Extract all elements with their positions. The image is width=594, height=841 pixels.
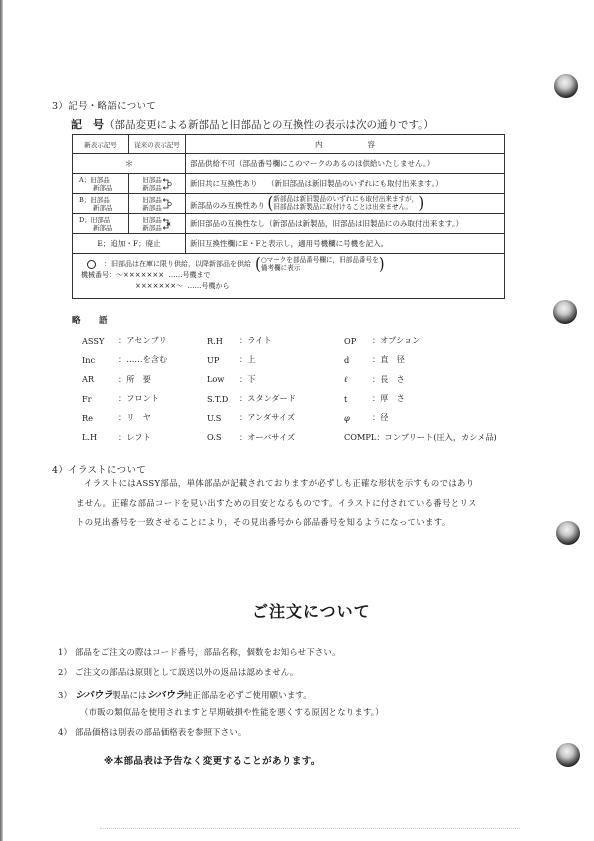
item-text: 純正部品を必ずご使用願います。 [184, 690, 312, 700]
scan-noise [100, 828, 520, 829]
old-label: 旧部品 [142, 176, 162, 184]
new-label: 新部品 [142, 224, 162, 232]
abbr-item: Low：下 [207, 370, 296, 389]
order-item-4: 4） 部品価格は別表の部品価格表を参照下さい。 [58, 726, 246, 738]
row-content: 新旧互換性欄にE・Fと表示し，適用号機欄に号機を記入。 [186, 234, 505, 254]
illustration-paragraph: イラストにはASSY部品，単体部品が記載されておりますが必ずしも正確な形状を示す… [76, 474, 477, 533]
abbr-value: ：コンプリート(圧入，カシメ品) [376, 432, 496, 443]
table-row: A；旧部品新部品 旧部品新部品 新旧共に互換性あり （新旧部品は新旧製品のいずれ… [73, 174, 505, 194]
machine-number-from: ×××××××～ ……号機から [81, 281, 496, 292]
symbol-e-f: E；追加・F；廃止 [73, 234, 186, 254]
old-label: 旧部品 [142, 196, 162, 204]
paragraph-line: イラストにはASSY部品，単体部品が記載されておりますが必ずしも正確な形状を示す… [76, 474, 477, 494]
abbr-value: ：アセンブリ [118, 335, 167, 346]
abbr-value: ：上 [239, 354, 255, 365]
abbr-value: ：所 要 [118, 374, 151, 385]
abbreviations-title: 略 語 [72, 314, 113, 326]
table-row: B；旧部品新部品 旧部品新部品 新部品のみ互換性あり (新部品は新旧製品のいずれ… [73, 194, 505, 214]
old-label: 旧部品 [142, 216, 162, 224]
abbr-item: S.T.D：スタンダード [207, 389, 296, 408]
item-number: 2） [58, 667, 72, 677]
abbr-item: ℓ：長 さ [344, 370, 497, 389]
table-row: E；追加・F；廃止 新旧互換性欄にE・Fと表示し，適用号機欄に号機を記入。 [73, 234, 505, 254]
abbr-value: ：レフト [118, 432, 151, 443]
symbol-d-old: D；旧部品 [79, 216, 110, 224]
abbr-key: OP [344, 336, 372, 346]
machine-from-code: ×××××××～ [135, 282, 183, 290]
machine-until-text: ……号機まで [169, 271, 211, 279]
abbr-item: COMPL：コンプリート(圧入，カシメ品) [344, 427, 497, 446]
symbol-a-old: A；旧部品 [79, 176, 110, 184]
no-compat-cross-icon [163, 217, 172, 231]
new-label: 新部品 [142, 204, 162, 212]
row-note: (新部品は新旧製品のいずれにも取付出来ますが，旧部品は新製品に取付けることは出来… [267, 196, 424, 211]
abbr-key: φ [344, 413, 372, 423]
one-way-arrow-icon [163, 197, 172, 211]
abbr-value: ：厚 さ [372, 393, 405, 404]
abbr-value: ：ライト [239, 335, 272, 346]
note-line: 旧部品は新製品に取付けることは出来ません。 [273, 204, 418, 212]
abbr-key: Fr [82, 394, 118, 404]
row-content: 新部品のみ互換性あり [190, 201, 265, 210]
machine-number-label: 機械番号： [81, 271, 116, 279]
abbr-item: U.S：アンダサイズ [207, 408, 296, 427]
note-line: 備考欄に表示 [261, 265, 379, 273]
order-item-3: 3） シバウラ製品にはシバウラ純正部品を必ずご使用願います。 [58, 686, 312, 701]
abbr-item: AR：所 要 [82, 370, 167, 389]
symbols-label: 記 号 [71, 118, 104, 131]
binding-hole-icon [556, 521, 580, 545]
abbr-item: d：直 径 [344, 350, 497, 369]
row-content: 新旧共に互換性あり [190, 179, 258, 188]
item-number: 3） [58, 690, 72, 700]
row-content: 新旧部品の互換性なし [190, 219, 265, 228]
scan-edge-shadow [0, 0, 3, 841]
abbr-key: AR [82, 374, 118, 384]
row-note: （新部品は新製品，旧部品は旧製品にのみ取付出来ます。） [265, 219, 463, 228]
abbr-value: ：……を含む [118, 354, 167, 365]
abbr-value: ：オーバサイズ [239, 432, 295, 443]
col-header-new-symbol: 新表示記号 [73, 135, 129, 154]
abbr-item: φ：径 [344, 408, 497, 427]
row-content: 部品供給不可（部品番号欄にこのマークのあるのは供給いたしません。） [186, 154, 505, 174]
symbols-subheading: 記 号（部品変更による新部品と旧部品との互換性の表示は次の通りです。） [71, 116, 434, 132]
change-notice: ※本部品表は予告なく変更することがあります。 [104, 753, 321, 767]
symbol-a-new: 新部品 [79, 184, 113, 192]
abbr-value: ：スタンダード [239, 393, 296, 404]
brand-logo: シバウラ [75, 690, 112, 701]
table-header-row: 新表示記号 従来の表示記号 内 容 [73, 135, 505, 154]
abbr-key: O.S [207, 432, 239, 442]
item-text: 製品には [112, 690, 146, 700]
machine-from-text: ……号機から [188, 282, 230, 290]
paragraph-line: トの見出番号を一致させることにより，その見出番号から部品番号を知るようになってい… [76, 513, 477, 533]
brand-logo: シバウラ [147, 690, 184, 701]
table-row: D；旧部品新部品 旧部品新部品 新旧部品の互換性なし（新部品は新製品，旧部品は旧… [73, 214, 505, 234]
abbr-value: ：径 [372, 412, 388, 423]
abbr-key: COMPL [344, 432, 376, 442]
abbr-key: S.T.D [207, 394, 239, 404]
item-text: 部品をご注文の際はコード番号，部品名称，個数をお知らせ下さい。 [75, 647, 341, 657]
abbr-value: ：アンダサイズ [239, 412, 295, 423]
abbr-key: L.H [82, 432, 118, 442]
abbr-key: Low [207, 374, 239, 384]
circle-mark-icon [87, 260, 96, 269]
circle-mark-note: (○マークを部品番号欄に，旧部品番号を備考欄に表示) [255, 257, 385, 272]
symbol-star: ＊ [73, 154, 186, 174]
binding-hole-icon [556, 743, 580, 767]
item-text: ご注文の部品は原則として誤送以外の返品は認めません。 [75, 667, 298, 677]
abbr-key: ASSY [82, 336, 118, 346]
abbr-item: ASSY：アセンブリ [82, 331, 167, 350]
abbr-item: R.H：ライト [207, 331, 296, 350]
section3-heading: 3）記号・略語について [52, 98, 156, 112]
order-title: ご注文について [252, 599, 371, 622]
abbr-key: R.H [207, 336, 239, 346]
abbreviations-col1: ASSY：アセンブリ Inc：……を含む AR：所 要 Fr：フロント Re：リ… [82, 331, 167, 447]
symbol-d-new: 新部品 [79, 224, 113, 232]
order-item-3-subnote: （市販の類似品を使用されますと早期破損や性能を悪くする原因となります。） [80, 706, 384, 718]
abbr-item: O.S：オーバサイズ [207, 427, 296, 446]
col-header-content: 内 容 [186, 135, 505, 154]
order-item-1: 1） 部品をご注文の際はコード番号，部品名称，個数をお知らせ下さい。 [58, 646, 341, 658]
abbr-item: Inc：……を含む [82, 350, 167, 369]
abbr-key: d [344, 355, 372, 365]
abbr-key: Re [82, 413, 118, 423]
abbr-item: Fr：フロント [82, 389, 167, 408]
symbols-description: （部品変更による新部品と旧部品との互換性の表示は次の通りです。） [104, 119, 434, 131]
table-footer-row: ：旧部品は在庫に限り供給，以降新部品を供給 (○マークを部品番号欄に，旧部品番号… [73, 254, 505, 299]
abbr-key: ℓ [344, 374, 372, 384]
abbr-key: U.S [207, 413, 239, 423]
abbr-item: t：厚 さ [344, 389, 497, 408]
binding-hole-icon [553, 300, 577, 324]
abbr-value: ：長 さ [372, 374, 405, 385]
machine-until-code: ～××××××× [116, 271, 164, 279]
row-note: （新旧部品は新旧製品のいずれにも取付出来ます。） [267, 179, 443, 188]
new-label: 新部品 [142, 184, 162, 192]
abbr-item: UP：上 [207, 350, 296, 369]
symbol-b-new: 新部品 [79, 204, 113, 212]
item-number: 1） [58, 647, 72, 657]
abbr-value: ：フロント [118, 393, 159, 404]
abbr-item: L.H：レフト [82, 427, 167, 446]
bidirectional-arrow-icon [163, 177, 172, 191]
abbr-value: ：オプション [372, 335, 420, 346]
binding-hole-icon [554, 74, 578, 98]
abbr-value: ：直 径 [372, 354, 405, 365]
abbr-key: t [344, 394, 372, 404]
abbr-key: UP [207, 355, 239, 365]
abbr-item: OP：オプション [344, 331, 497, 350]
symbol-b-old: B；旧部品 [79, 196, 110, 204]
table-row: ＊ 部品供給不可（部品番号欄にこのマークのあるのは供給いたしません。） [73, 154, 505, 174]
abbreviations-col3: OP：オプション d：直 径 ℓ：長 さ t：厚 さ φ：径 COMPL：コンプ… [344, 331, 497, 447]
abbr-item: Re：リ ヤ [82, 408, 167, 427]
abbr-value: ：リ ヤ [118, 412, 151, 423]
item-text: 部品価格は別表の部品価格表を参照下さい。 [75, 727, 247, 737]
order-item-2: 2） ご注文の部品は原則として誤送以外の返品は認めません。 [58, 666, 298, 678]
abbreviations-col2: R.H：ライト UP：上 Low：下 S.T.D：スタンダード U.S：アンダサ… [207, 331, 296, 447]
symbols-table: 新表示記号 従来の表示記号 内 容 ＊ 部品供給不可（部品番号欄にこのマークのあ… [72, 134, 505, 299]
paragraph-line: ません。正確な部品コードを見い出すための目安となるものです。イラストに付されてい… [76, 494, 477, 514]
abbr-key: Inc [82, 355, 118, 365]
circle-mark-text: ：旧部品は在庫に限り供給，以降新部品を供給 [104, 259, 251, 270]
item-number: 4） [58, 727, 72, 737]
abbr-value: ：下 [239, 374, 255, 385]
col-header-old-symbol: 従来の表示記号 [129, 135, 186, 154]
